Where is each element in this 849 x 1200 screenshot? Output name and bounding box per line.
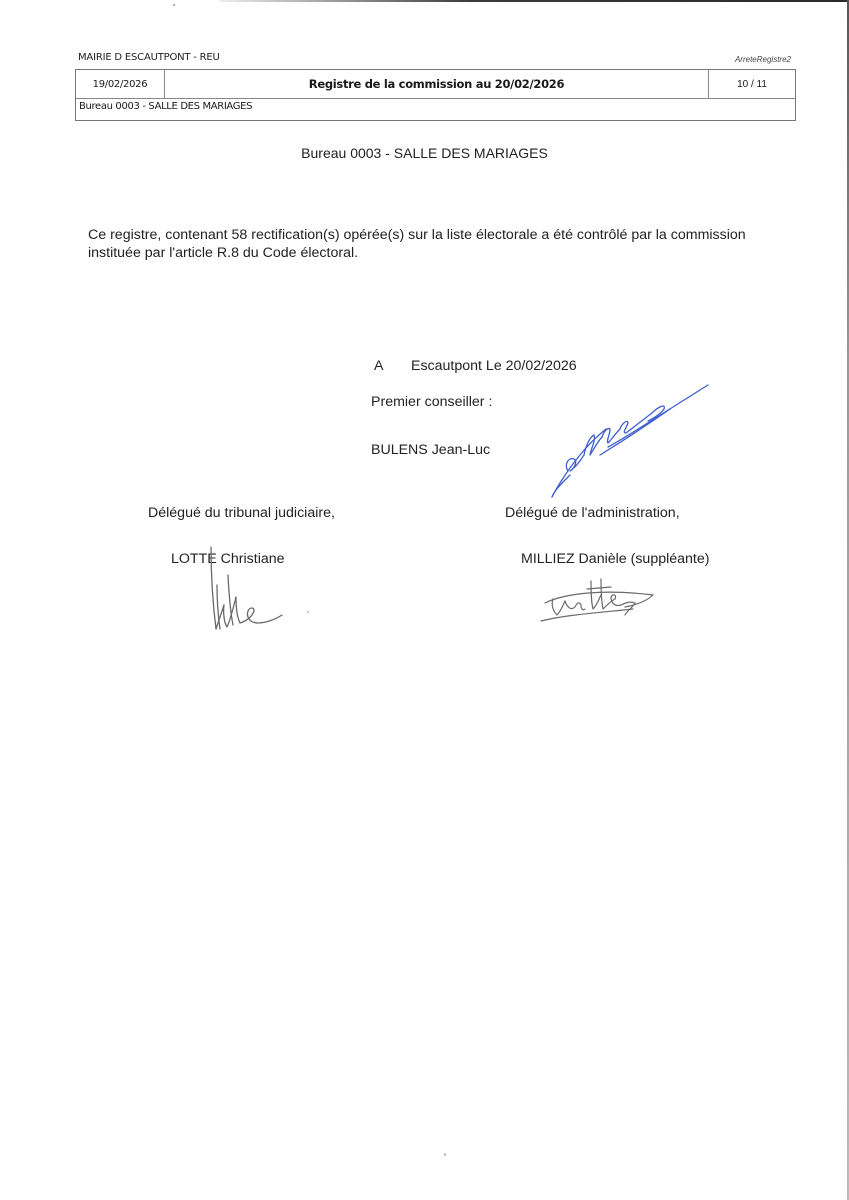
premier-conseiller-role: Premier conseiller : [371, 394, 492, 410]
header-bureau-line: Bureau 0003 - SALLE DES MARIAGES [79, 101, 252, 112]
place-city-date: Escautpont Le 20/02/2026 [411, 358, 577, 374]
document-reference: ArreteRegistre2 [735, 55, 791, 64]
premier-conseiller-signature [540, 375, 720, 505]
delegue-administration-signature [535, 575, 665, 630]
register-title: Registre de la commission au 20/02/2026 [165, 70, 708, 98]
delegue-administration-role: Délégué de l'administration, [505, 505, 680, 521]
scan-speck [307, 611, 309, 613]
delegue-tribunal-role: Délégué du tribunal judiciaire, [148, 505, 335, 521]
scan-top-edge [220, 0, 849, 2]
page-indicator: 10 / 11 [708, 70, 795, 98]
print-date: 19/02/2026 [76, 70, 165, 98]
scan-speck [444, 1153, 446, 1156]
place-date-line: AEscautpont Le 20/02/2026 [374, 358, 577, 374]
bureau-title: Bureau 0003 - SALLE DES MARIAGES [0, 145, 849, 161]
delegue-tribunal-signature [196, 545, 296, 635]
header-row: 19/02/2026 Registre de la commission au … [76, 70, 795, 99]
certification-paragraph: Ce registre, contenant 58 rectification(… [88, 226, 768, 262]
delegue-administration-name: MILLIEZ Danièle (suppléante) [521, 551, 709, 567]
header-table: 19/02/2026 Registre de la commission au … [75, 69, 796, 121]
scan-speck [173, 4, 175, 6]
place-prefix: A [374, 358, 411, 374]
premier-conseiller-name: BULENS Jean-Luc [371, 442, 490, 458]
organization-name: MAIRIE D ESCAUTPONT - REU [78, 52, 220, 63]
